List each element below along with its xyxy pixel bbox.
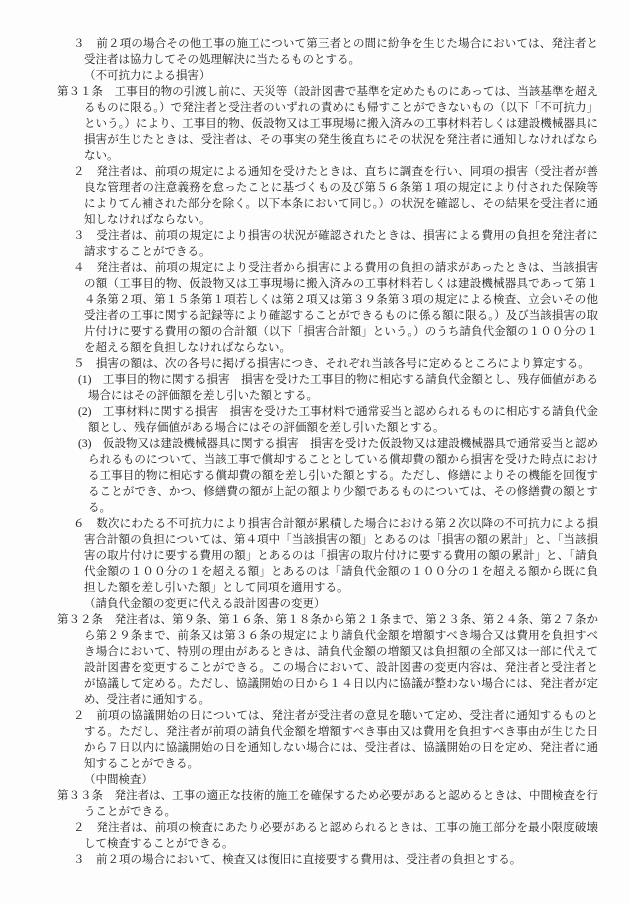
numbered-paragraph: ２ 発注者は、前項の規定による通知を受けたときは、直ちに調査を行い、同項の損害（… [57,164,598,228]
numbered-paragraph: ５ 損害の額は、次の各号に掲げる損害につき、それぞれ当該各号に定めるところにより… [57,356,598,372]
sub-item-paragraph: (3) 仮設物又は建設機械器具に関する損害 損害を受けた仮設物又は建設機械器具で… [57,436,598,516]
numbered-paragraph: ６ 数次にわたる不可抗力により損害合計額が累積した場合における第２次以降の不可抗… [57,516,598,596]
contract-clauses-text: ３ 前２項の場合その他工事の施工について第三者との間に紛争を生じた場合においては… [57,36,598,868]
article-paragraph: 第３１条 工事目的物の引渡し前に、天災等（設計図書で基準を定めたものにあっては、… [57,84,598,164]
numbered-paragraph: ３ 前２項の場合その他工事の施工について第三者との間に紛争を生じた場合においては… [57,36,598,68]
sub-item-paragraph: (2) 工事材料に関する損害 損害を受けた工事材料で通常妥当と認められるものに相… [57,404,598,436]
numbered-paragraph: ４ 発注者は、前項の規定により受注者から損害による費用の負担の請求があったときは… [57,260,598,356]
numbered-paragraph: ２ 前項の協議開始の日については、発注者が受注者の意見を聴いて定め、受注者に通知… [57,708,598,772]
sub-item-paragraph: (1) 工事目的物に関する損害 損害を受けた工事目的物に相応する請負代金額とし、… [57,372,598,404]
section-caption: （不可抗力による損害） [57,68,598,84]
numbered-paragraph: ３ 前２項の場合において、検査又は復旧に直接要する費用は、受注者の負担とする。 [57,852,598,868]
document-page: ３ 前２項の場合その他工事の施工について第三者との間に紛争を生じた場合においては… [0,0,630,903]
article-paragraph: 第３３条 発注者は、工事の適正な技術的施工を確保するため必要があると認めるときは… [57,788,598,820]
section-caption: （請負代金額の変更に代える設計図書の変更） [57,596,598,612]
numbered-paragraph: ３ 受注者は、前項の規定により損害の状況が確認されたときは、損害による費用の負担… [57,228,598,260]
article-paragraph: 第３２条 発注者は、第９条、第１６条、第１８条から第２１条まで、第２３条、第２４… [57,612,598,708]
section-caption: （中間検査） [57,772,598,788]
numbered-paragraph: ２ 発注者は、前項の検査にあたり必要があると認められるときは、工事の施工部分を最… [57,820,598,852]
